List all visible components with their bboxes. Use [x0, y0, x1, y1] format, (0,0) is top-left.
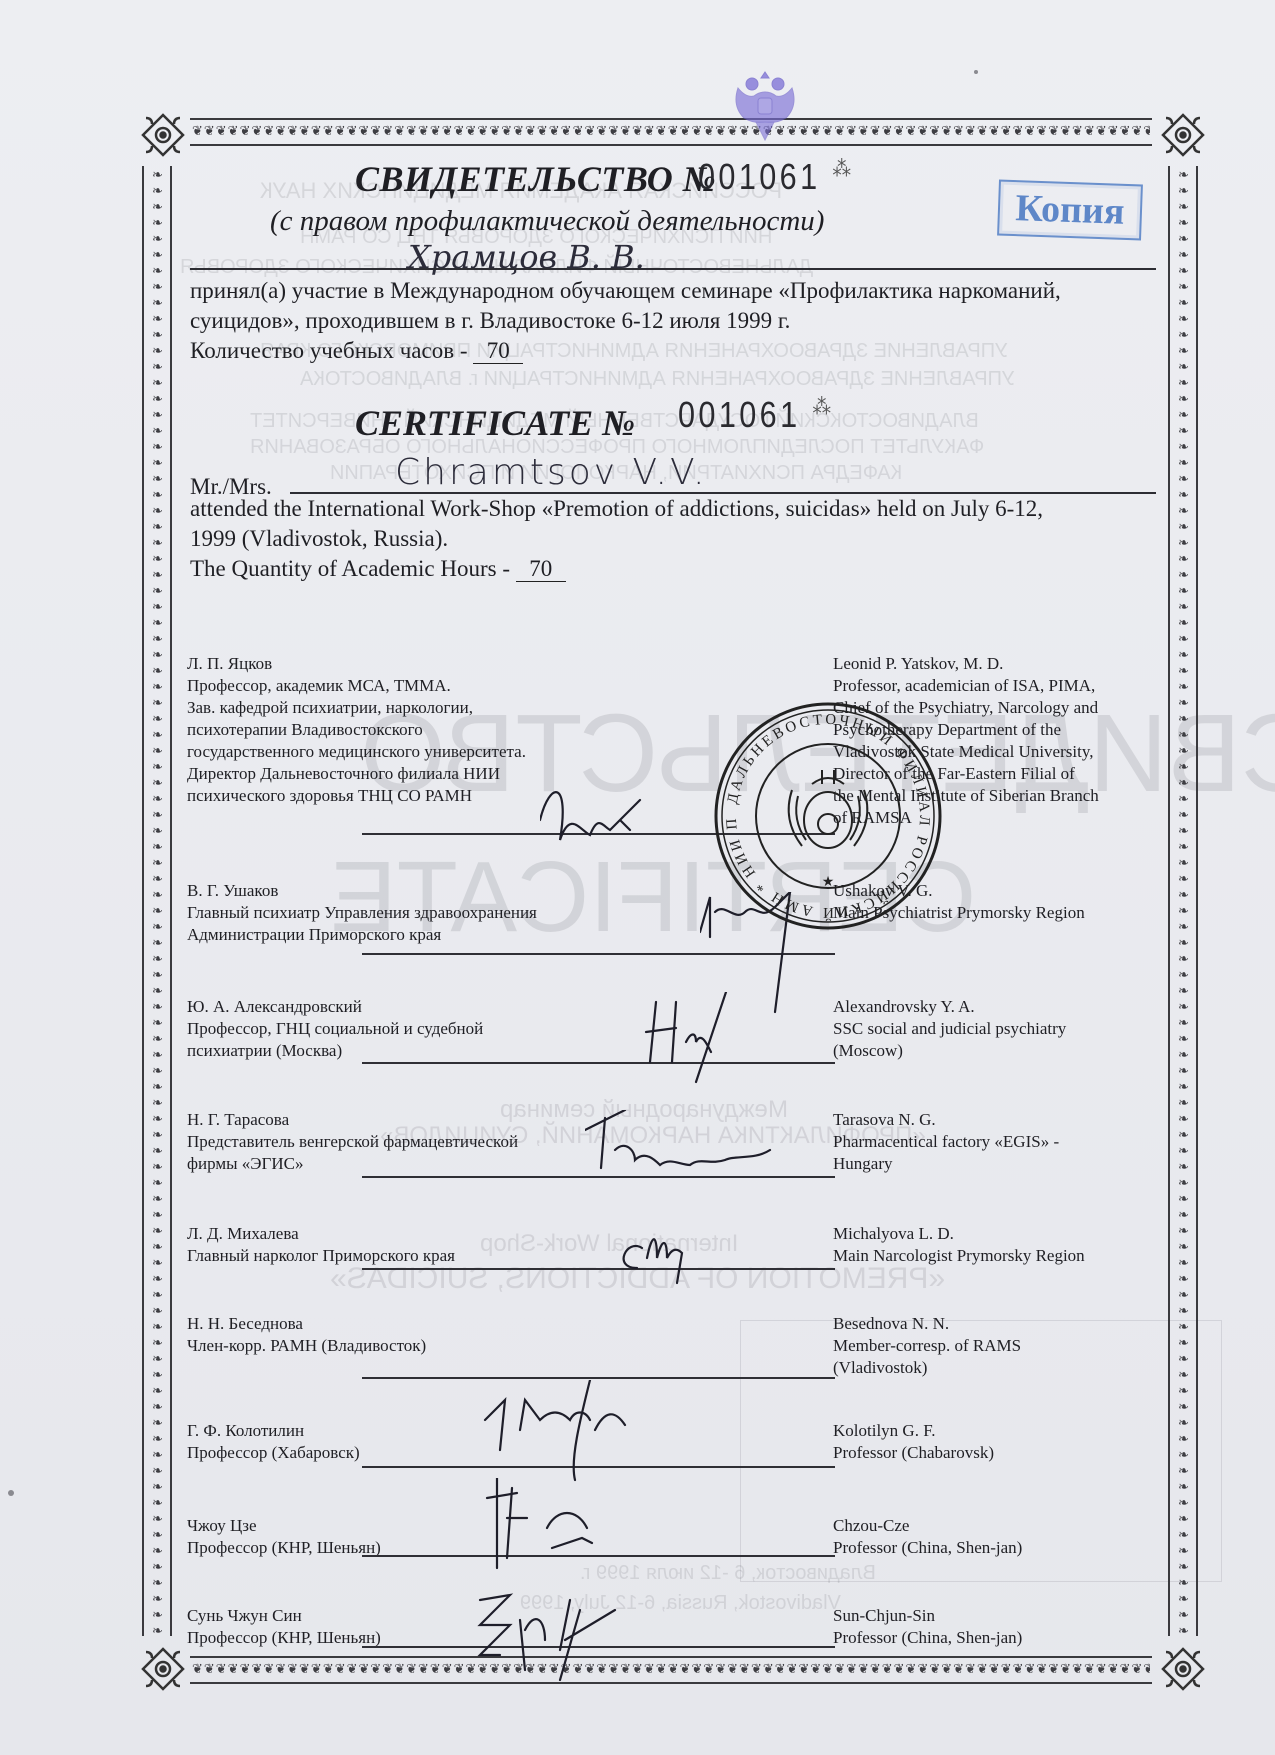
signatory-title-ru: Администрации Приморского края [187, 924, 667, 946]
signature-line [362, 1268, 835, 1270]
signatory-ru: В. Г. УшаковГлавный психиатр Управления … [187, 880, 667, 946]
signatory-ru: Ю. А. АлександровскийПрофессор, ГНЦ соци… [187, 996, 667, 1062]
signatory-en: Kolotilyn G. F.Professor (Chabarovsk) [833, 1420, 1163, 1464]
handwritten-signature [636, 992, 756, 1122]
signatory-ru: Л. Д. МихалеваГлавный нарколог Приморско… [187, 1223, 667, 1267]
certificate-number-ru: 001061 ⁂ [698, 156, 851, 198]
signatory-title-en: Professor (China, Shen-jan) [833, 1627, 1163, 1649]
signatory-title-en: (Moscow) [833, 1040, 1163, 1062]
signatory-title-ru: Главный нарколог Приморского края [187, 1245, 667, 1267]
signatory-name-en: Sun-Chjun-Sin [833, 1605, 1163, 1627]
paper-speck [8, 1490, 14, 1496]
signatory-en: Sun-Chjun-SinProfessor (China, Shen-jan) [833, 1605, 1163, 1649]
signatory-name-en: Michalyova L. D. [833, 1223, 1163, 1245]
ornament-corner-icon [140, 112, 186, 158]
ornament-corner-icon [1160, 112, 1206, 158]
signatory-name-en: Kolotilyn G. F. [833, 1420, 1163, 1442]
certificate-number-en: 001061 ⁂ [678, 394, 831, 436]
signatory-name-en: Leonid P. Yatskov, M. D. [833, 653, 1163, 675]
ornament-corner-icon [140, 1646, 186, 1692]
signatory-name-ru: В. Г. Ушаков [187, 880, 667, 902]
signatory-ru: Н. Н. БеседноваЧлен-корр. РАМН (Владивос… [187, 1313, 667, 1357]
signatory-title-ru: Профессор, ГНЦ социальной и судебной [187, 1018, 667, 1040]
handwritten-signature [482, 1478, 622, 1608]
certificate-subtitle: (с правом профилактической деятельности) [270, 205, 824, 238]
signatory-title-en: (Vladivostok) [833, 1357, 1163, 1379]
signatory-name-en: Alexandrovsky Y. A. [833, 996, 1163, 1018]
ornament-band-right: ❧❧❧❧❧❧❧❧❧❧❧❧❧❧❧❧❧❧❧❧❧❧❧❧❧❧❧❧❧❧❧❧❧❧❧❧❧❧❧❧… [1175, 168, 1191, 1634]
signatory-title-ru: государственного медицинского университе… [187, 741, 667, 763]
participation-text-ru: принял(а) участие в Международном обучаю… [190, 276, 1170, 366]
ornament-band-bottom: ❦❦❦❦❦❦❦❦❦❦❦❦❦❦❦❦❦❦❦❦❦❦❦❦❦❦❦❦❦❦❦❦❦❦❦❦❦❦❦❦… [192, 1662, 1150, 1678]
copy-stamp: Копия [997, 180, 1143, 241]
signatory-title-ru: Член-корр. РАМН (Владивосток) [187, 1335, 667, 1357]
signatory-name-ru: Л. Д. Михалева [187, 1223, 667, 1245]
signature-line [362, 1062, 835, 1064]
signatory-title-ru: Профессор, академик МСА, ТММА. [187, 675, 667, 697]
recipient-name-en: Chramtsov V.V. [395, 452, 707, 493]
double-headed-eagle-icon [730, 68, 800, 146]
ornament-corner-icon [1160, 1646, 1206, 1692]
signatory-title-ru: Главный психиатр Управления здравоохране… [187, 902, 667, 924]
signatory-title-en: Professor (China, Shen-jan) [833, 1537, 1163, 1559]
signatory-name-ru: Ю. А. Александровский [187, 996, 667, 1018]
asterisk-mark: ⁂ [832, 156, 851, 181]
signatory-name-en: Tarasova N. G. [833, 1109, 1163, 1131]
signatory-en: Chzou-CzeProfessor (China, Shen-jan) [833, 1515, 1163, 1559]
signatory-en: Tarasova N. G.Pharmacentical factory «EG… [833, 1109, 1163, 1175]
handwritten-signature [585, 1110, 785, 1240]
ornament-band-top: ❦❦❦❦❦❦❦❦❦❦❦❦❦❦❦❦❦❦❦❦❦❦❦❦❦❦❦❦❦❦❦❦❦❦❦❦❦❦❦❦… [192, 124, 1150, 140]
svg-text:★: ★ [822, 875, 835, 890]
signatory-title-ru: Зав. кафедрой психиатрии, наркологии, [187, 697, 667, 719]
signature-line [362, 1377, 835, 1379]
certificate-title-ru: СВИДЕТЕЛЬСТВО № [355, 158, 716, 200]
asterisk-mark: ⁂ [812, 394, 831, 419]
signatory-title-en: Hungary [833, 1153, 1163, 1175]
hours-en: The Quantity of Academic Hours - 70 [190, 554, 1170, 584]
signatory-en: Besednova N. N.Member-corresp. of RAMS(V… [833, 1313, 1163, 1379]
bleed-through-text: УПРАВЛЕНИЕ ЗДРАВООХРАНЕНИЯ АДМИНИСТРАЦИИ… [300, 368, 1015, 391]
recipient-name-ru: Храмцов В. В. [408, 238, 645, 276]
ornament-band-left: ❧❧❧❧❧❧❧❧❧❧❧❧❧❧❧❧❧❧❧❧❧❧❧❧❧❧❧❧❧❧❧❧❧❧❧❧❧❧❧❧… [149, 168, 165, 1634]
handwritten-signature [470, 1590, 650, 1720]
signatory-name-en: Chzou-Cze [833, 1515, 1163, 1537]
official-seal-icon: ДАЛЬНЕВОСТОЧНЫЙ ФИЛИАЛ РОССИЙСКИЙ АМН * … [712, 700, 944, 932]
signatory-title-en: Main Narcologist Prymorsky Region [833, 1245, 1163, 1267]
certificate-page: РОССИЙСКАЯ АКАДЕМИЯ МЕДИЦИНСКИХ НАУК НИИ… [0, 0, 1275, 1755]
signatory-title-en: Member-corresp. of RAMS [833, 1335, 1163, 1357]
signatory-title-en: Professor, academician of ISA, PIMA, [833, 675, 1163, 697]
signatory-en: Alexandrovsky Y. A.SSC social and judici… [833, 996, 1163, 1062]
signatory-title-en: Pharmacentical factory «EGIS» - [833, 1131, 1163, 1153]
recipient-line-ru [190, 268, 1156, 270]
paper-speck [974, 70, 978, 74]
signatory-name-en: Besednova N. N. [833, 1313, 1163, 1335]
certificate-title-en: CERTIFICATE № [355, 402, 635, 444]
signatory-title-ru: психиатрии (Москва) [187, 1040, 667, 1062]
hours-ru: Количество учебных часов - 70 [190, 336, 1170, 366]
signatory-title-en: Professor (Chabarovsk) [833, 1442, 1163, 1464]
participation-text-en: attended the International Work-Shop «Pr… [190, 494, 1170, 584]
signatory-en: Michalyova L. D.Main Narcologist Prymors… [833, 1223, 1163, 1267]
signatory-title-en: SSC social and judicial psychiatry [833, 1018, 1163, 1040]
signatory-title-ru: психотерапии Владивостокского [187, 719, 667, 741]
signatory-name-ru: Л. П. Яцков [187, 653, 667, 675]
signatory-name-ru: Н. Н. Беседнова [187, 1313, 667, 1335]
